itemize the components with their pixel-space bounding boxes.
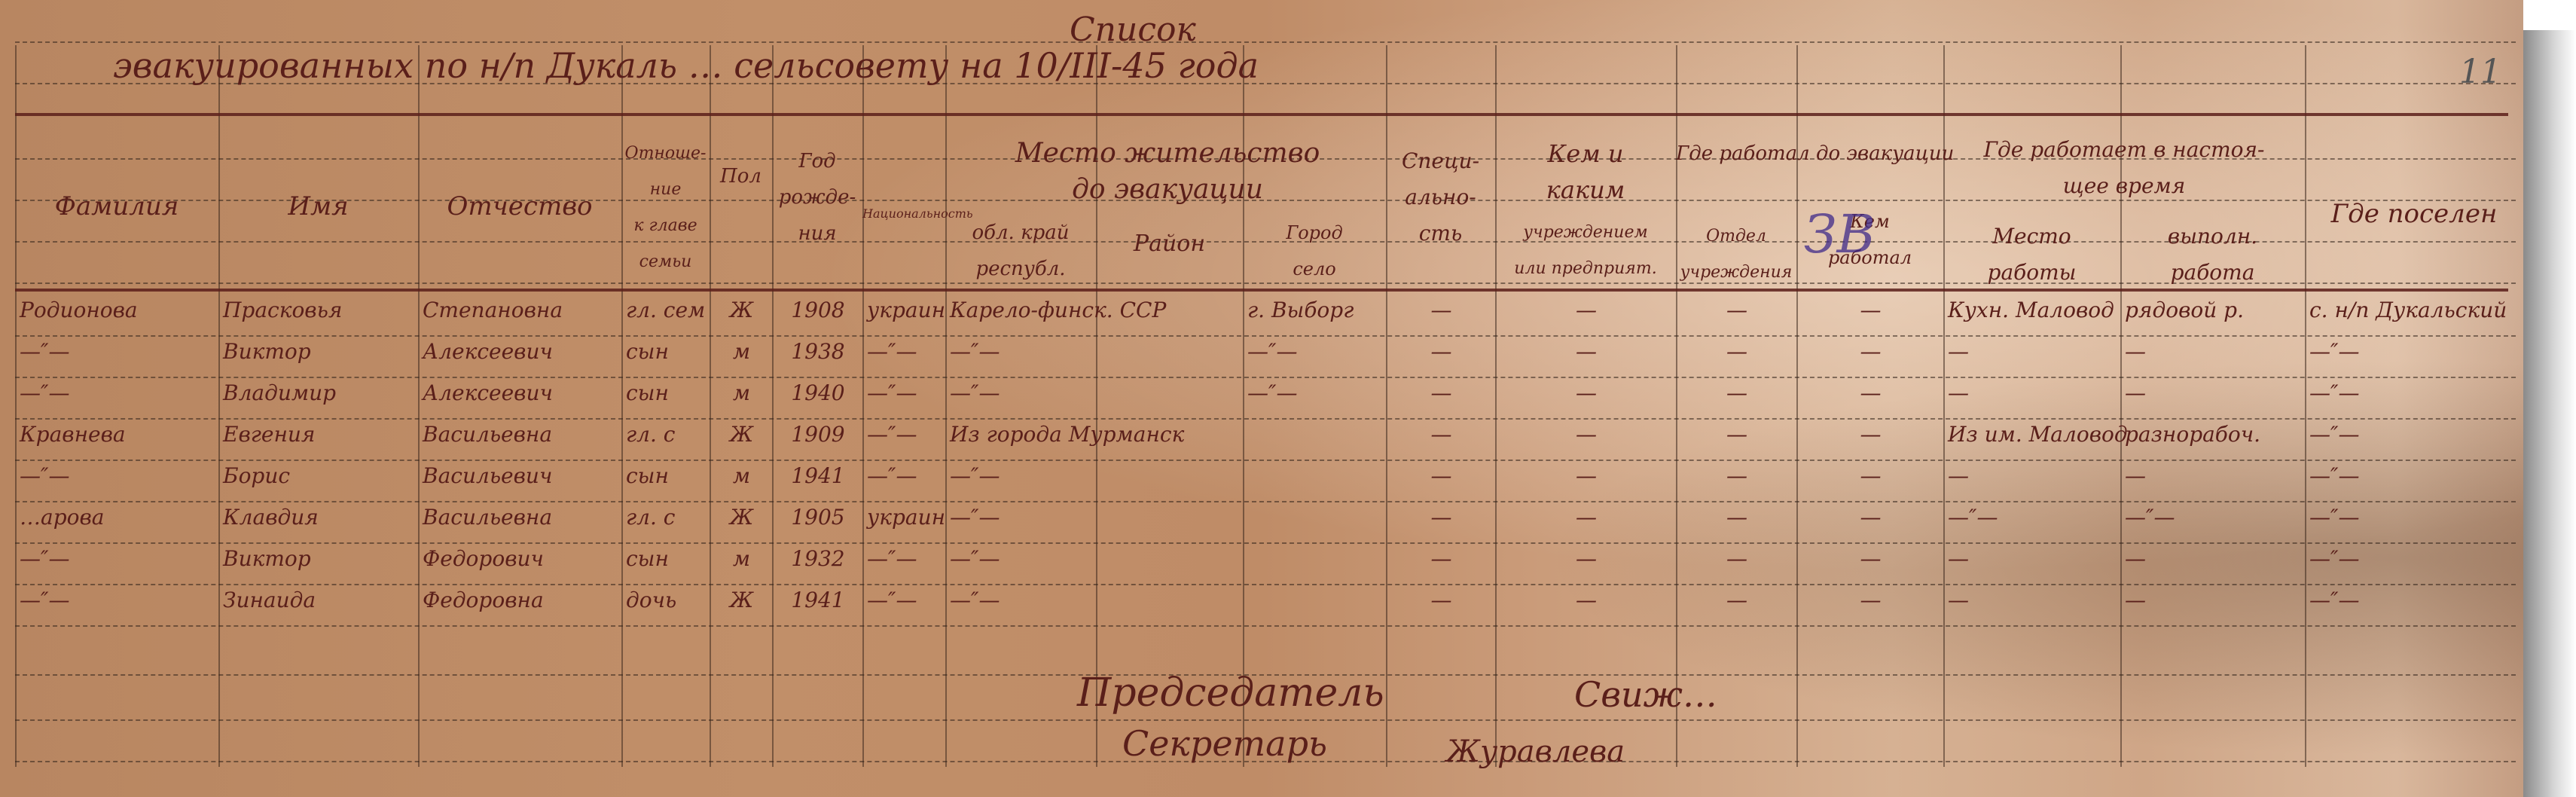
- cell-prewar: —: [1500, 339, 1673, 364]
- cell-work-job: —: [2125, 546, 2302, 571]
- cell-who: —: [1801, 546, 1940, 571]
- cell-nationality: украин: [867, 505, 942, 530]
- cell-year: 1941: [777, 463, 859, 488]
- cell-settled: —″—: [2309, 339, 2520, 364]
- secretary-signature: Журавлева: [1446, 734, 1625, 769]
- header-prewar-group: Кем икаким: [1495, 136, 1676, 208]
- row-rule: [15, 584, 2516, 587]
- cell-relation: сын: [626, 339, 707, 364]
- cell-name: Владимир: [223, 380, 415, 405]
- cell-prewar: —: [1500, 298, 1673, 322]
- cell-name: Борис: [223, 463, 415, 488]
- cell-relation: сын: [626, 546, 707, 571]
- header-worked-before-group: Где работал до эвакуации: [1676, 136, 1943, 172]
- cell-specialty: —: [1390, 546, 1492, 571]
- cell-nationality: —″—: [867, 463, 942, 488]
- cell-who: —: [1801, 422, 1940, 447]
- cell-work-job: разнорабоч.: [2125, 422, 2302, 447]
- cell-work-place: Кухн. Маловод: [1948, 298, 2117, 322]
- cell-name: Виктор: [223, 339, 415, 364]
- cell-sex: м: [714, 463, 769, 488]
- header-specialty: Специ-ально-сть: [1386, 143, 1495, 252]
- cell-specialty: —: [1390, 380, 1492, 405]
- chairman-signature: Свиж…: [1574, 674, 1717, 715]
- row-rule: [15, 418, 2516, 421]
- cell-region: —″—: [950, 588, 1093, 612]
- cell-work-job: —: [2125, 463, 2302, 488]
- cell-nationality: —″—: [867, 546, 942, 571]
- header-relation: Отноше-ниек главесемьи: [621, 136, 710, 280]
- row-rule: [15, 542, 2516, 545]
- header-residence-group: Место жительстводо эвакуации: [945, 136, 1390, 208]
- cell-prewar: —: [1500, 422, 1673, 447]
- cell-year: 1932: [777, 546, 859, 571]
- cell-dept: —: [1680, 588, 1793, 612]
- cell-dept: —: [1680, 422, 1793, 447]
- header-residence-city: Городсело: [1243, 215, 1386, 287]
- row-rule: [15, 501, 2516, 504]
- cell-relation: гл. с: [626, 422, 707, 447]
- cell-sex: Ж: [714, 505, 769, 530]
- cell-prewar: —: [1500, 588, 1673, 612]
- cell-name: Клавдия: [223, 505, 415, 530]
- cell-specialty: —: [1390, 588, 1492, 612]
- header-nationality: Национальность: [862, 196, 945, 232]
- cell-surname: —″—: [20, 380, 215, 405]
- cell-work-place: —: [1948, 546, 2117, 571]
- ink-mark: ЗВ: [1804, 203, 1876, 265]
- cell-sex: Ж: [714, 298, 769, 322]
- cell-year: 1941: [777, 588, 859, 612]
- cell-year: 1909: [777, 422, 859, 447]
- cell-name: Виктор: [223, 546, 415, 571]
- title-underline: [15, 113, 2508, 116]
- row-rule: [15, 460, 2516, 463]
- cell-nationality: —″—: [867, 422, 942, 447]
- cell-region: Из города Мурманск: [950, 422, 1093, 447]
- cell-work-place: —: [1948, 380, 2117, 405]
- cell-region: —″—: [950, 505, 1093, 530]
- cell-prewar: —: [1500, 546, 1673, 571]
- cell-specialty: —: [1390, 505, 1492, 530]
- cell-dept: —: [1680, 505, 1793, 530]
- cell-city: г. Выборг: [1247, 298, 1383, 322]
- cell-sex: м: [714, 380, 769, 405]
- page-edge: [2523, 30, 2576, 797]
- cell-name: Прасковья: [223, 298, 415, 322]
- cell-dept: —: [1680, 380, 1793, 405]
- cell-sex: Ж: [714, 422, 769, 447]
- cell-region: —″—: [950, 463, 1093, 488]
- column-rule: [862, 45, 864, 767]
- cell-nationality: —″—: [867, 339, 942, 364]
- header-surname: Фамилия: [15, 188, 218, 224]
- cell-region: —″—: [950, 380, 1093, 405]
- row-rule: [15, 625, 2516, 628]
- cell-patronymic: Васильевна: [423, 505, 618, 530]
- cell-who: —: [1801, 339, 1940, 364]
- column-rule: [418, 45, 420, 767]
- column-rule: [15, 45, 17, 767]
- cell-year: 1938: [777, 339, 859, 364]
- header-worked-before-place: Отделучреждения: [1676, 218, 1796, 291]
- list-heading: Список: [1070, 11, 1196, 49]
- header-settled: Где поселен: [2305, 196, 2523, 232]
- cell-surname: Родионова: [20, 298, 215, 322]
- secretary-label: Секретарь: [1122, 723, 1327, 764]
- cell-prewar: —: [1500, 505, 1673, 530]
- cell-specialty: —: [1390, 422, 1492, 447]
- header-prewar-institution: учреждениемили предприят.: [1495, 215, 1676, 287]
- cell-patronymic: Степановна: [423, 298, 618, 322]
- cell-prewar: —: [1500, 380, 1673, 405]
- cell-surname: —″—: [20, 588, 215, 612]
- cell-nationality: —″—: [867, 588, 942, 612]
- cell-sex: Ж: [714, 588, 769, 612]
- cell-patronymic: Алексеевич: [423, 339, 618, 364]
- cell-settled: —″—: [2309, 546, 2520, 571]
- cell-patronymic: Васильевич: [423, 463, 618, 488]
- cell-settled: —″—: [2309, 505, 2520, 530]
- cell-region: —″—: [950, 339, 1093, 364]
- cell-nationality: —″—: [867, 380, 942, 405]
- cell-relation: гл. сем: [626, 298, 707, 322]
- header-worked-evac-place: Местоработы: [1943, 218, 2120, 291]
- cell-specialty: —: [1390, 298, 1492, 322]
- cell-settled: —″—: [2309, 588, 2520, 612]
- cell-surname: —″—: [20, 463, 215, 488]
- cell-work-job: —″—: [2125, 505, 2302, 530]
- cell-settled: —″—: [2309, 380, 2520, 405]
- row-rule: [15, 719, 2516, 722]
- document-title: эвакуированных по н/п Дукаль … сельсовет…: [113, 45, 1259, 86]
- cell-city: —″—: [1247, 380, 1383, 405]
- cell-patronymic: Алексеевич: [423, 380, 618, 405]
- row-rule: [15, 377, 2516, 380]
- cell-dept: —: [1680, 463, 1793, 488]
- cell-dept: —: [1680, 339, 1793, 364]
- cell-sex: м: [714, 339, 769, 364]
- cell-year: 1940: [777, 380, 859, 405]
- cell-dept: —: [1680, 298, 1793, 322]
- cell-prewar: —: [1500, 463, 1673, 488]
- cell-who: —: [1801, 588, 1940, 612]
- cell-name: Евгения: [223, 422, 415, 447]
- cell-work-job: —: [2125, 380, 2302, 405]
- header-residence-region: обл. крайреспубл.: [945, 215, 1096, 287]
- header-patronymic: Отчество: [418, 188, 621, 224]
- cell-year: 1908: [777, 298, 859, 322]
- header-name: Имя: [218, 188, 418, 224]
- cell-relation: сын: [626, 463, 707, 488]
- cell-work-place: —: [1948, 339, 2117, 364]
- chairman-label: Председатель: [1077, 670, 1384, 716]
- header-sex: Пол: [710, 158, 772, 194]
- header-worked-evac-job: выполн.работа: [2120, 218, 2305, 291]
- cell-surname: —″—: [20, 339, 215, 364]
- cell-specialty: —: [1390, 339, 1492, 364]
- cell-work-job: рядовой р.: [2125, 298, 2302, 322]
- cell-region: —″—: [950, 546, 1093, 571]
- cell-work-job: —: [2125, 588, 2302, 612]
- cell-settled: с. н/п Дукальский: [2309, 298, 2520, 322]
- row-rule: [15, 335, 2516, 338]
- cell-work-job: —: [2125, 339, 2302, 364]
- header-birth-year: Годрожде-ния: [772, 143, 862, 252]
- cell-relation: гл. с: [626, 505, 707, 530]
- cell-year: 1905: [777, 505, 859, 530]
- column-rule: [710, 45, 711, 767]
- cell-work-place: —: [1948, 463, 2117, 488]
- cell-who: —: [1801, 380, 1940, 405]
- page-number: 11: [2459, 53, 2501, 91]
- cell-work-place: —″—: [1948, 505, 2117, 530]
- cell-who: —: [1801, 298, 1940, 322]
- cell-patronymic: Федоровна: [423, 588, 618, 612]
- header-residence-district: Район: [1096, 226, 1243, 262]
- cell-settled: —″—: [2309, 463, 2520, 488]
- cell-who: —: [1801, 505, 1940, 530]
- cell-specialty: —: [1390, 463, 1492, 488]
- header-worked-evac-group: Где работает в настоя-щее время: [1943, 132, 2305, 204]
- cell-name: Зинаида: [223, 588, 415, 612]
- cell-surname: Кравнева: [20, 422, 215, 447]
- cell-settled: —″—: [2309, 422, 2520, 447]
- cell-dept: —: [1680, 546, 1793, 571]
- cell-work-place: —: [1948, 588, 2117, 612]
- cell-surname: …арова: [20, 505, 215, 530]
- cell-sex: м: [714, 546, 769, 571]
- cell-city: —″—: [1247, 339, 1383, 364]
- column-rule: [218, 45, 220, 767]
- cell-work-place: Из им. Маловод: [1948, 422, 2117, 447]
- cell-patronymic: Васильевна: [423, 422, 618, 447]
- cell-relation: дочь: [626, 588, 707, 612]
- column-rule: [2305, 45, 2306, 767]
- cell-region: Карело-финск. ССР: [950, 298, 1093, 322]
- cell-surname: —″—: [20, 546, 215, 571]
- row-rule: [15, 41, 2516, 44]
- cell-nationality: украин: [867, 298, 942, 322]
- cell-relation: сын: [626, 380, 707, 405]
- cell-who: —: [1801, 463, 1940, 488]
- cell-patronymic: Федорович: [423, 546, 618, 571]
